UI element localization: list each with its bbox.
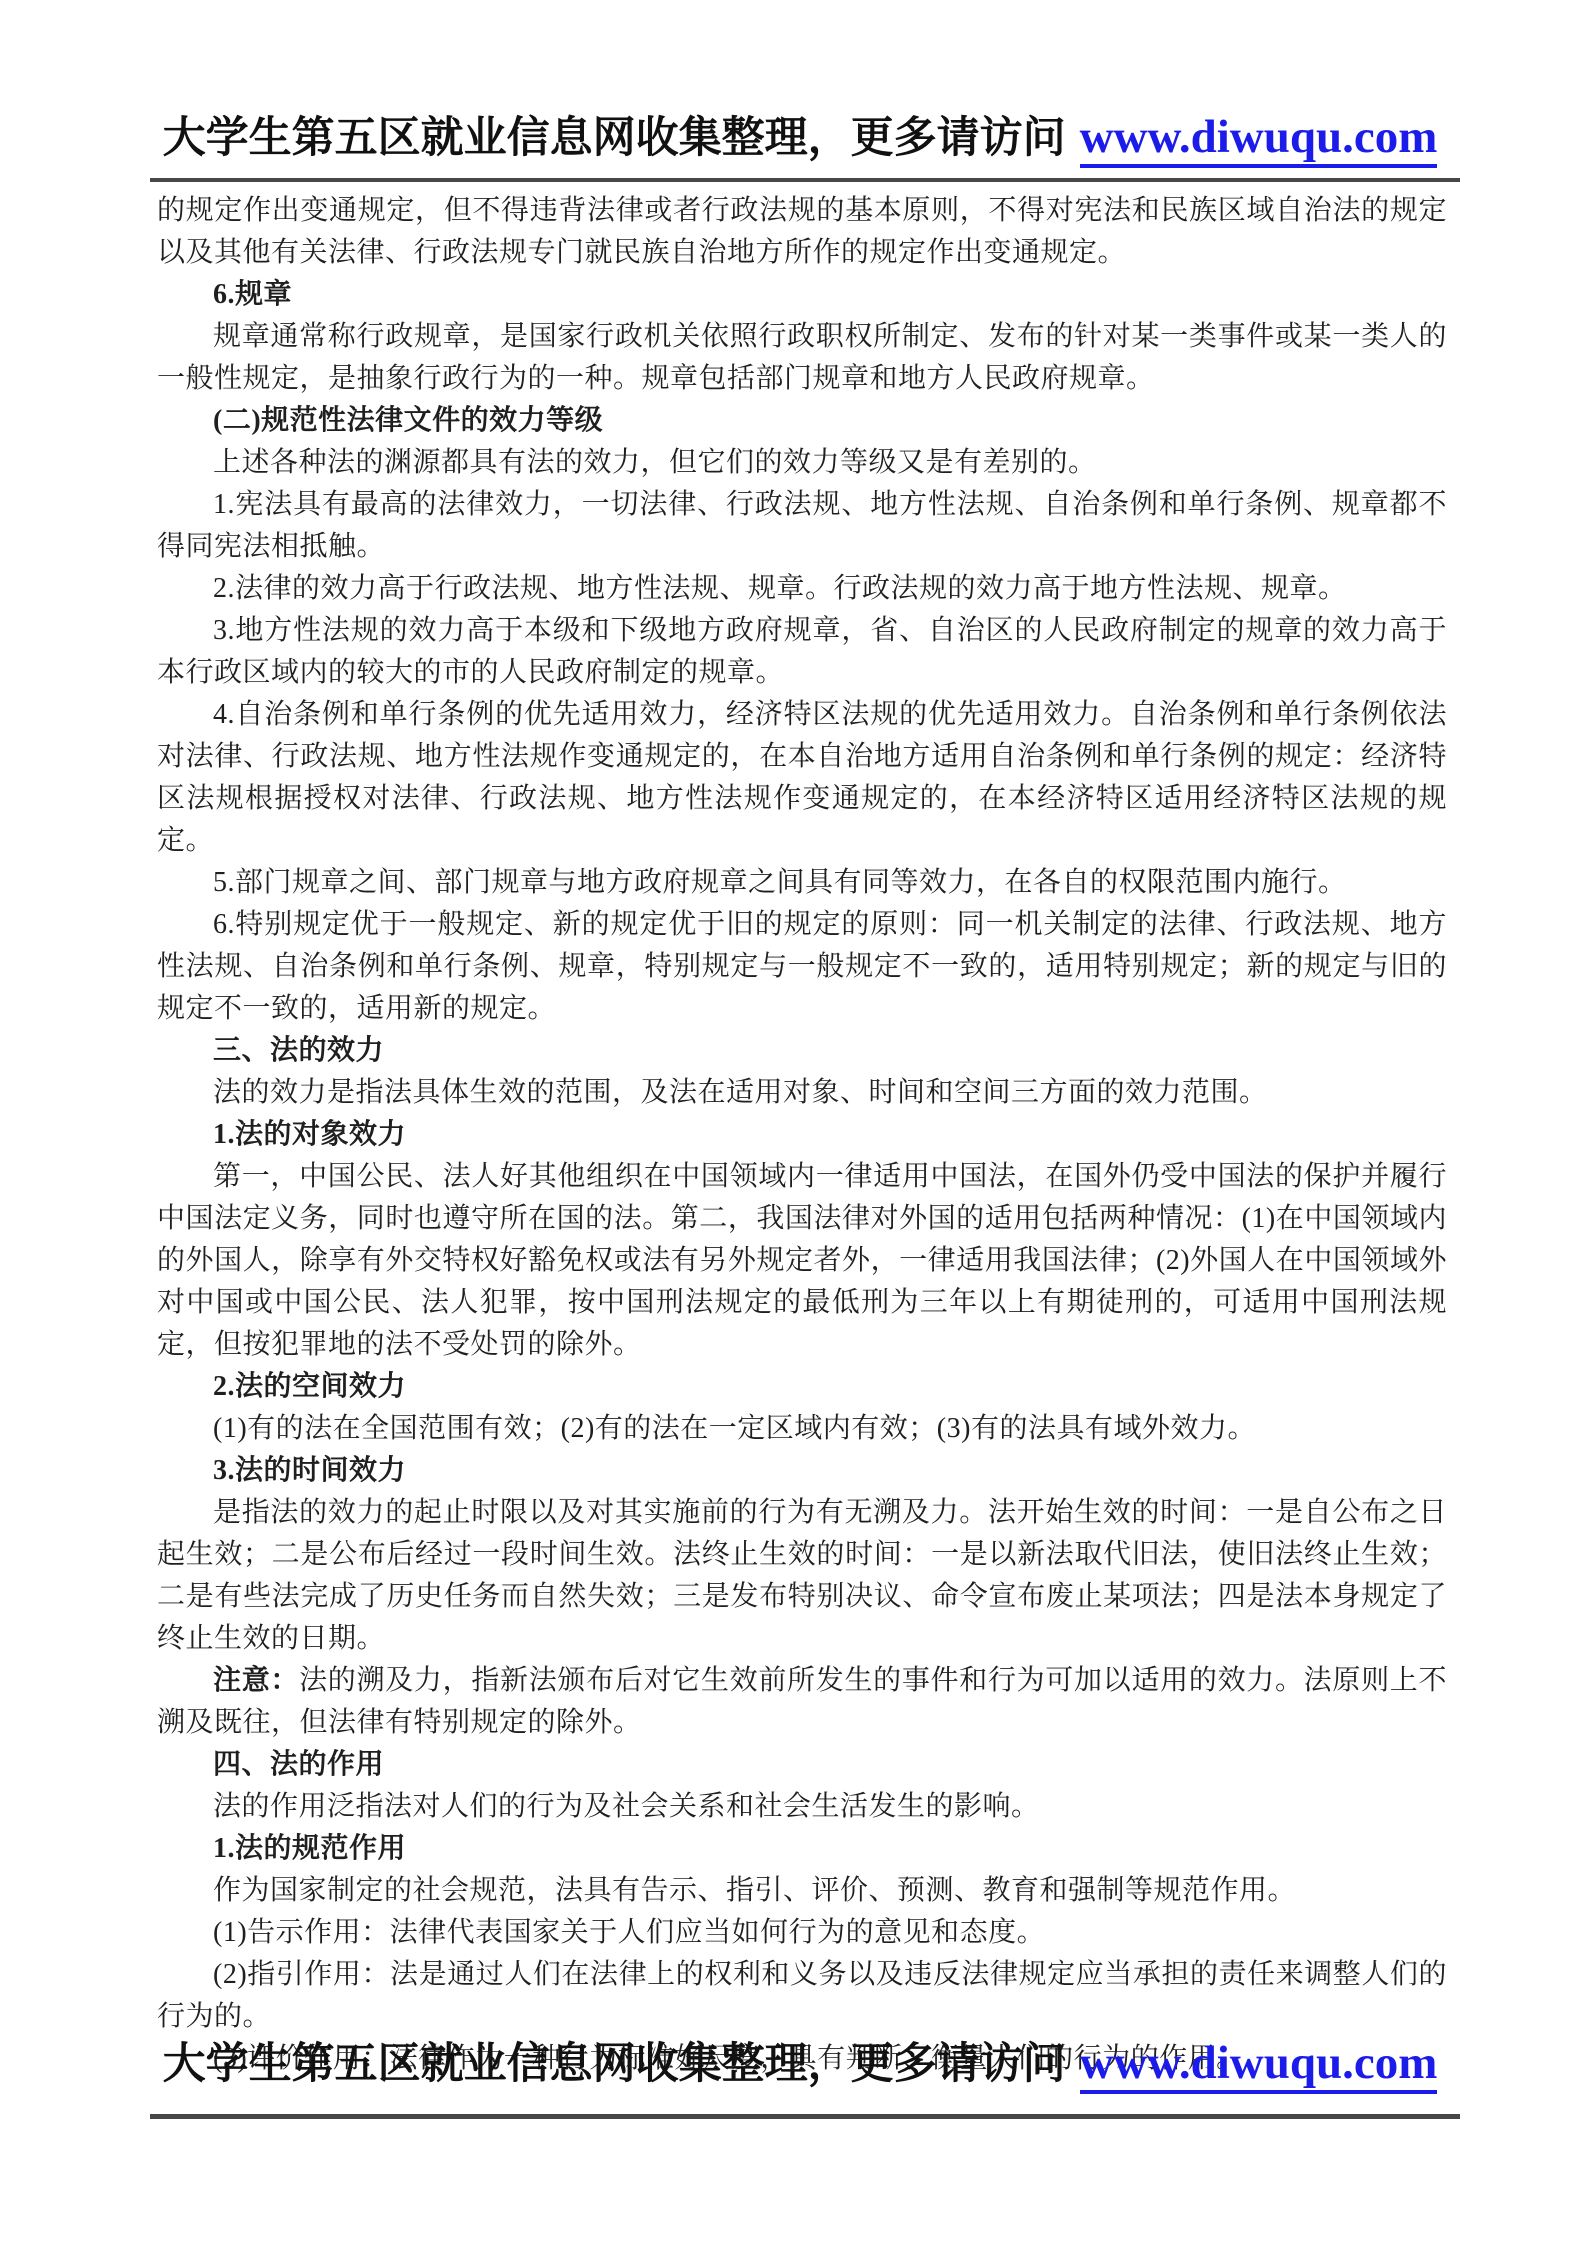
header-rule: [150, 178, 1460, 182]
paragraph: 的规定作出变通规定，但不得违背法律或者行政法规的基本原则，不得对宪法和民族区域自…: [157, 190, 1447, 274]
section-heading: 1.法的对象效力: [157, 1114, 1447, 1156]
paragraph: 1.宪法具有最高的法律效力，一切法律、行政法规、地方性法规、自治条例和单行条例、…: [157, 484, 1447, 568]
header-banner: 大学生第五区就业信息网收集整理，更多请访问www.diwuqu.com: [152, 104, 1448, 165]
footer-rule: [150, 2114, 1460, 2119]
paragraph: 作为国家制定的社会规范，法具有告示、指引、评价、预测、教育和强制等规范作用。: [157, 1870, 1447, 1912]
paragraph: 法的作用泛指法对人们的行为及社会关系和社会生活发生的影响。: [157, 1786, 1447, 1828]
header-site-link[interactable]: www.diwuqu.com: [1080, 111, 1438, 168]
paragraph: 是指法的效力的起止时限以及对其实施前的行为有无溯及力。法开始生效的时间：一是自公…: [157, 1492, 1447, 1660]
document-page: 大学生第五区就业信息网收集整理，更多请访问www.diwuqu.com 的规定作…: [0, 0, 1594, 2252]
paragraph: 2.法律的效力高于行政法规、地方性法规、规章。行政法规的效力高于地方性法规、规章…: [157, 568, 1447, 610]
section-heading: 6.规章: [157, 274, 1447, 316]
paragraph: 上述各种法的渊源都具有法的效力，但它们的效力等级又是有差别的。: [157, 442, 1447, 484]
footer-site-link[interactable]: www.diwuqu.com: [1080, 2037, 1438, 2094]
paragraph: 第一，中国公民、法人好其他组织在中国领域内一律适用中国法，在国外仍受中国法的保护…: [157, 1156, 1447, 1366]
section-heading: 1.法的规范作用: [157, 1828, 1447, 1870]
section-heading: 2.法的空间效力: [157, 1366, 1447, 1408]
paragraph: 5.部门规章之间、部门规章与地方政府规章之间具有同等效力，在各自的权限范围内施行…: [157, 862, 1447, 904]
notice-label: 注意：: [213, 1665, 299, 1696]
paragraph: 法的效力是指法具体生效的范围，及法在适用对象、时间和空间三方面的效力范围。: [157, 1072, 1447, 1114]
paragraph: 规章通常称行政规章，是国家行政机关依照行政职权所制定、发布的针对某一类事件或某一…: [157, 316, 1447, 400]
content-area: 的规定作出变通规定，但不得违背法律或者行政法规的基本原则，不得对宪法和民族区域自…: [157, 190, 1447, 2080]
footer-banner: 大学生第五区就业信息网收集整理，更多请访问www.diwuqu.com: [152, 2030, 1448, 2091]
header-banner-text: 大学生第五区就业信息网收集整理，更多请访问: [163, 115, 1066, 162]
footer-banner-text: 大学生第五区就业信息网收集整理，更多请访问: [163, 2041, 1066, 2088]
paragraph: (2)指引作用：法是通过人们在法律上的权利和义务以及违反法律规定应当承担的责任来…: [157, 1954, 1447, 2038]
paragraph: (1)有的法在全国范围有效；(2)有的法在一定区域内有效；(3)有的法具有域外效…: [157, 1408, 1447, 1450]
paragraph: 4.自治条例和单行条例的优先适用效力，经济特区法规的优先适用效力。自治条例和单行…: [157, 694, 1447, 862]
section-heading: (二)规范性法律文件的效力等级: [157, 400, 1447, 442]
paragraph: 注意：法的溯及力，指新法颁布后对它生效前所发生的事件和行为可加以适用的效力。法原…: [157, 1660, 1447, 1744]
paragraph: 6.特别规定优于一般规定、新的规定优于旧的规定的原则：同一机关制定的法律、行政法…: [157, 904, 1447, 1030]
paragraph: (1)告示作用：法律代表国家关于人们应当如何行为的意见和态度。: [157, 1912, 1447, 1954]
paragraph: 3.地方性法规的效力高于本级和下级地方政府规章，省、自治区的人民政府制定的规章的…: [157, 610, 1447, 694]
section-heading: 3.法的时间效力: [157, 1450, 1447, 1492]
section-heading: 三、法的效力: [157, 1030, 1447, 1072]
section-heading: 四、法的作用: [157, 1744, 1447, 1786]
